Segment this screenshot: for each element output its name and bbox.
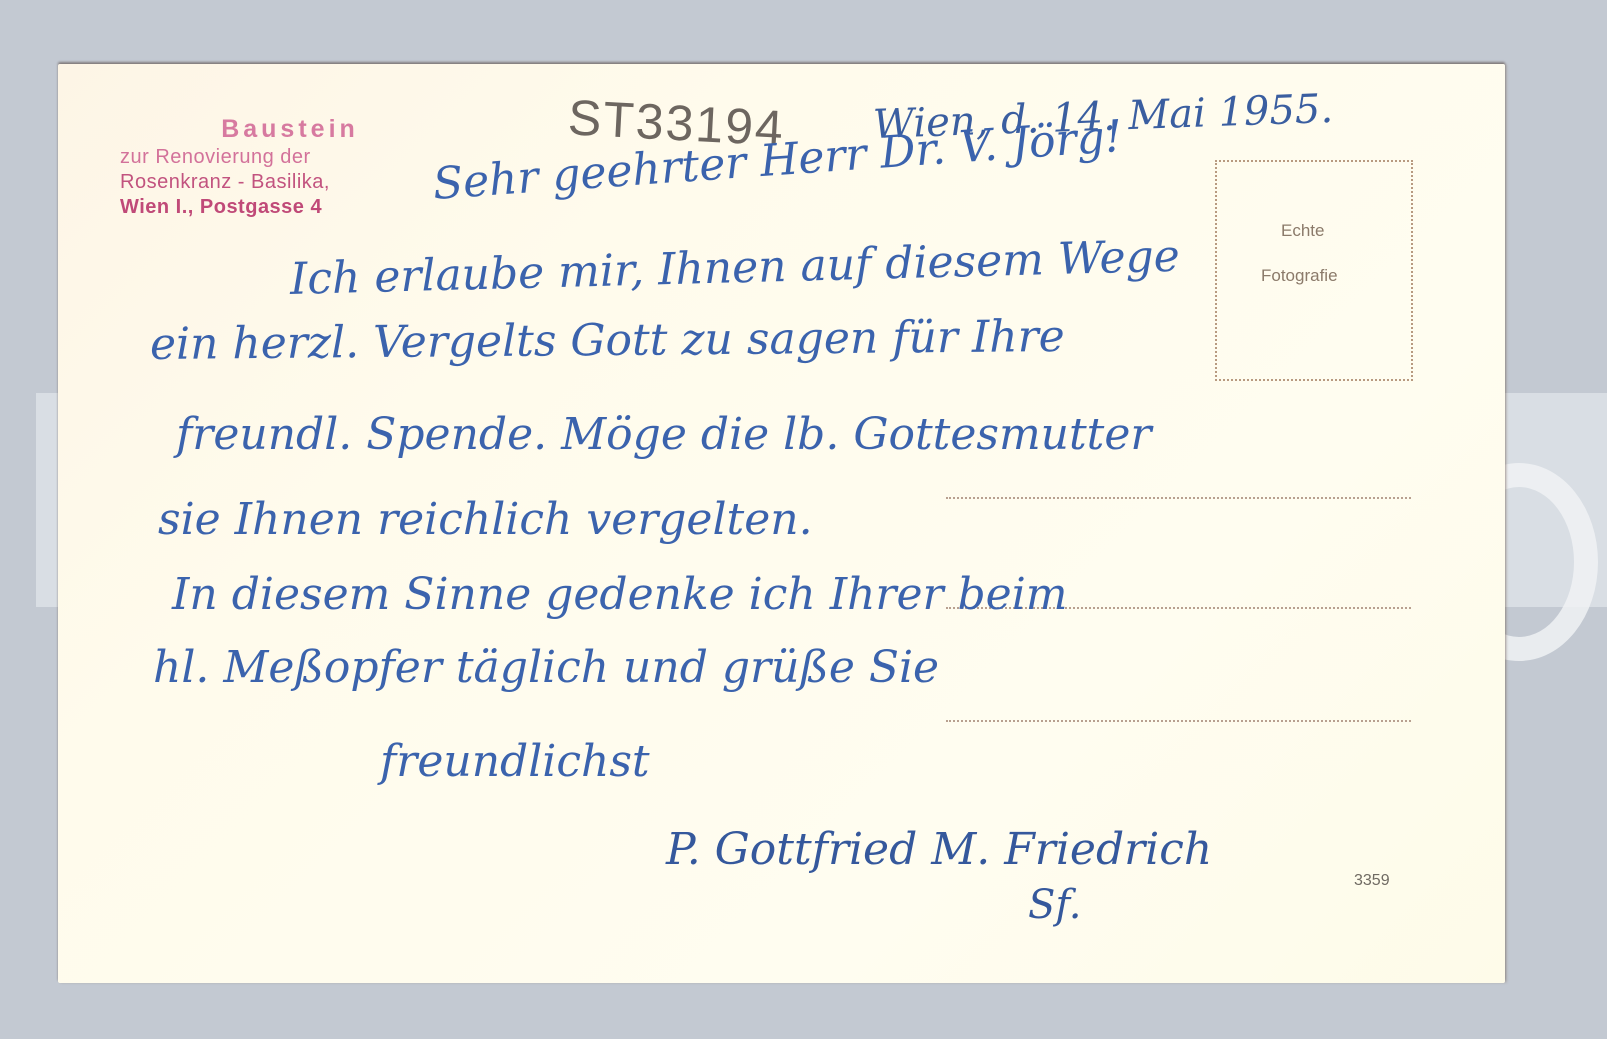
handwritten-line: hl. Meßopfer täglich und grüße Sie [153, 642, 939, 693]
stamp-box-label-2: Fotografie [1261, 266, 1338, 286]
handwritten-line: In diesem Sinne gedenke ich Ihrer beim [172, 569, 1068, 620]
handwritten-line: ein herzl. Vergelts Gott zu sagen für Ih… [150, 311, 1065, 370]
handwritten-line: Ich erlaube mir, Ihnen auf diesem Wege [289, 231, 1180, 305]
address-line-3 [946, 720, 1411, 722]
stamp-box-label-1: Echte [1281, 221, 1324, 241]
stamp-placement-box: Echte Fotografie [1215, 160, 1413, 381]
handwritten-line: freundl. Spende. Möge die lb. Gottesmutt… [176, 409, 1151, 460]
handwritten-closing: freundlichst [380, 736, 650, 787]
handwritten-signature-suffix: Sf. [1028, 882, 1082, 928]
handwritten-signature: P. Gottfried M. Friedrich [666, 824, 1212, 875]
stamp-line-3: Wien I., Postgasse 4 [120, 195, 460, 220]
postcard: Baustein zur Renovierung der Rosenkranz … [58, 64, 1505, 983]
printed-stamp: Baustein zur Renovierung der Rosenkranz … [120, 114, 460, 220]
address-line-1 [946, 497, 1411, 499]
stamp-line-1: zur Renovierung der [120, 145, 460, 170]
handwritten-line: sie Ihnen reichlich vergelten. [158, 494, 813, 545]
print-number: 3359 [1354, 872, 1390, 890]
stamp-title: Baustein [120, 114, 460, 145]
stamp-line-2: Rosenkranz - Basilika, [120, 170, 460, 195]
